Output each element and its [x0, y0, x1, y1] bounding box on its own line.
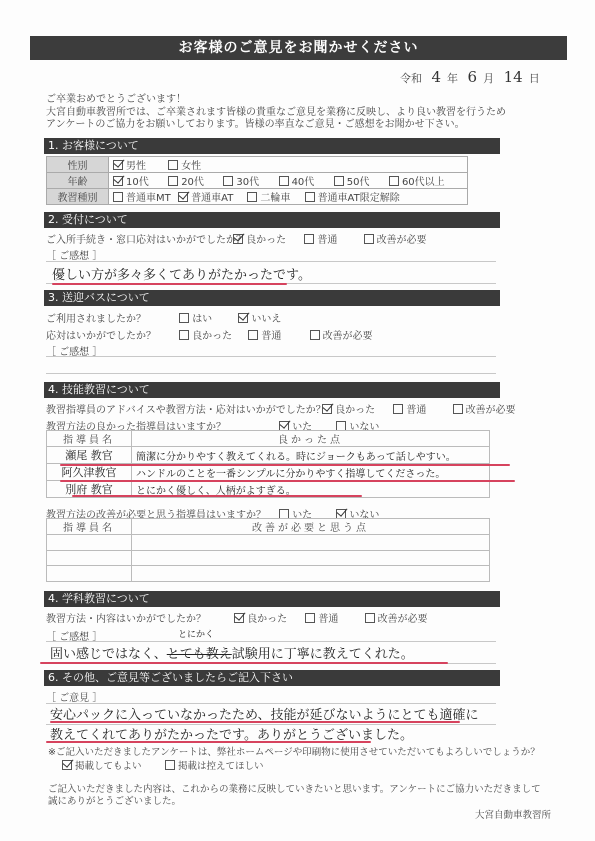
comment-text: 固い感じではなく、 [50, 647, 167, 662]
age-60s-plus-option[interactable]: 60代以上 [389, 173, 445, 188]
signature: 大宮自動車教習所 [475, 810, 551, 822]
date-year[interactable]: 4 [432, 68, 442, 86]
table-row [47, 550, 490, 566]
checkbox-checked-icon[interactable] [113, 176, 123, 186]
highlight-underline [52, 283, 287, 285]
course-at-option[interactable]: 普通車AT [178, 189, 244, 204]
reception-question-row: ご入所手続き・窓口応対はいかがでしたか？ 良かった 普通 改善が必要 [46, 231, 427, 246]
checkbox-icon[interactable] [365, 613, 375, 623]
checkbox-checked-icon[interactable] [322, 404, 332, 414]
shuttle-improve-option[interactable]: 改善が必要 [310, 327, 373, 342]
practical-good-option[interactable]: 良かった [322, 401, 390, 416]
column-header: 指導員名 [47, 519, 132, 535]
age-label: 年齢 [47, 173, 109, 189]
shuttle-usage-row: ご利用されましたか？ はい いいえ [46, 310, 281, 325]
date-month-unit: 月 [483, 72, 494, 85]
checkbox-icon[interactable] [305, 613, 315, 623]
checkbox-icon[interactable] [248, 330, 258, 340]
section-reception-header: 2. 受付について [44, 212, 500, 228]
practical-q1: 教習指導員のアドバイスや教習方法・応対はいかがでしたか？ [46, 401, 319, 416]
section-classroom-header: 4. 学科教習について [44, 591, 500, 607]
shuttle-good-option[interactable]: 良かった [179, 327, 245, 342]
other-comment-label: ［ ご意見 ］ [46, 689, 102, 704]
checkbox-checked-icon[interactable] [238, 313, 248, 323]
highlight-underline [60, 480, 515, 482]
age-40s-option[interactable]: 40代 [279, 173, 331, 188]
reception-improve-option[interactable]: 改善が必要 [364, 231, 427, 246]
course-type-row: 教習種別 普通車MT 普通車AT 二輪車 普通車AT限定解除 [47, 189, 468, 205]
checkbox-icon[interactable] [168, 176, 178, 186]
checkbox-icon[interactable] [247, 192, 257, 202]
survey-date: 令和 4年 6月 14日 [400, 68, 540, 86]
checkbox-icon[interactable] [334, 176, 344, 186]
section-customer-header: 1. お客様について [44, 138, 500, 154]
checkbox-icon[interactable] [310, 330, 320, 340]
instructor-improve-point[interactable] [132, 535, 490, 551]
checkbox-checked-icon[interactable] [233, 234, 243, 244]
table-header-row: 指導員名 良かった点 [47, 431, 490, 447]
practical-q1-row: 教習指導員のアドバイスや教習方法・応対はいかがでしたか？ 良かった 普通 改善が… [46, 401, 516, 416]
instructor-name[interactable] [47, 550, 132, 566]
closing-message: ご記入いただきました内容は、これからの業務に反映していきたいと思います。アンケー… [48, 784, 541, 808]
checkbox-icon[interactable] [223, 176, 233, 186]
checkbox-icon[interactable] [304, 234, 314, 244]
classroom-question: 教習方法・内容はいかがでしたか？ [46, 610, 231, 625]
shuttle-service-row: 応対はいかがでしたか？ 良かった 普通 改善が必要 [46, 327, 373, 342]
checkbox-checked-icon[interactable] [113, 160, 123, 170]
checkbox-icon[interactable] [165, 760, 175, 770]
column-header: 良かった点 [132, 431, 490, 447]
checkbox-checked-icon[interactable] [234, 613, 244, 623]
checkbox-icon[interactable] [113, 192, 123, 202]
classroom-comment[interactable]: 固い感じではなく、とても教え試験用に丁寧に教えてくれた。 [50, 643, 414, 662]
intro-line: ご卒業おめでとうございます！ [46, 94, 506, 107]
checkbox-icon[interactable] [305, 192, 315, 202]
checkbox-icon[interactable] [179, 330, 189, 340]
age-30s-option[interactable]: 30代 [223, 173, 275, 188]
improve-instructor-table: 指導員名 改善が必要と思う点 [46, 518, 490, 582]
instructor-improve-point[interactable] [132, 566, 490, 582]
reception-question: ご入所手続き・窓口応対はいかがでしたか？ [46, 231, 230, 246]
gender-label: 性別 [47, 157, 109, 173]
checkbox-icon[interactable] [179, 313, 189, 323]
checkbox-icon[interactable] [393, 404, 403, 414]
course-type-label: 教習種別 [47, 189, 109, 205]
survey-title: お客様のご意見をお聞かせください [30, 36, 567, 60]
highlight-underline [72, 495, 362, 497]
classroom-insert-note[interactable]: とにかく [178, 627, 214, 640]
highlight-underline [46, 741, 371, 743]
table-row [47, 535, 490, 551]
table-header-row: 指導員名 改善が必要と思う点 [47, 519, 490, 535]
course-mt-option[interactable]: 普通車MT [113, 189, 175, 204]
publish-allowed-option[interactable]: 掲載してもよい [62, 760, 162, 773]
date-day-unit: 日 [529, 72, 540, 85]
instructor-name[interactable] [47, 566, 132, 582]
reception-comment[interactable]: 優しい方が多々多くてありがたかったです。 [52, 264, 311, 283]
shuttle-normal-option[interactable]: 普通 [248, 327, 306, 342]
classroom-normal-option[interactable]: 普通 [305, 610, 361, 625]
gender-female-option[interactable]: 女性 [168, 157, 201, 172]
column-header: 改善が必要と思う点 [132, 519, 490, 535]
age-50s-option[interactable]: 50代 [334, 173, 386, 188]
age-20s-option[interactable]: 20代 [168, 173, 220, 188]
practical-normal-option[interactable]: 普通 [393, 401, 449, 416]
date-day[interactable]: 14 [504, 68, 523, 86]
intro-line: 大宮自動車教習所では、ご卒業されます皆様の貴重なご意見を業務に反映し、より良い教… [46, 107, 506, 120]
date-year-unit: 年 [447, 72, 458, 85]
table-row: 瀬尾 教官 簡潔に分かりやすく教えてくれる。時にジョークもあって話しやすい。 [47, 447, 490, 464]
intro-line: アンケートのご協力をお願いしております。皆様の率直なご意見・ご感想をお聞かせ下さ… [46, 119, 506, 132]
checkbox-icon[interactable] [168, 160, 178, 170]
section-other-header: 6. その他、ご意見等ございましたらご記入下さい [44, 670, 500, 686]
date-month[interactable]: 6 [468, 68, 478, 86]
instructor-good-point[interactable]: ハンドルのことを一番シンプルに分かりやすく指導してくださった。 [132, 464, 490, 481]
shuttle-no-option[interactable]: いいえ [238, 310, 281, 325]
shuttle-usage-question: ご利用されましたか？ [46, 310, 176, 325]
highlight-underline [60, 464, 510, 466]
age-row: 年齢 10代 20代 30代 40代 50代 60代以上 [47, 173, 468, 189]
section-practical-header: 4. 技能教習について [44, 382, 500, 398]
closing-line: 誠にありがとうございました。 [48, 796, 541, 808]
checkbox-checked-icon[interactable] [178, 192, 188, 202]
reception-good-option[interactable]: 良かった [233, 231, 301, 246]
highlight-underline [50, 721, 460, 723]
reception-normal-option[interactable]: 普通 [304, 231, 360, 246]
checkbox-icon[interactable] [364, 234, 374, 244]
checkbox-icon[interactable] [389, 176, 399, 186]
checkbox-icon[interactable] [279, 176, 289, 186]
checkbox-checked-icon[interactable] [62, 760, 72, 770]
instructor-good-point[interactable]: 簡潔に分かりやすく教えてくれる。時にジョークもあって話しやすい。 [132, 447, 490, 464]
course-motorcycle-option[interactable]: 二輪車 [247, 189, 301, 204]
course-at-limit-release-option[interactable]: 普通車AT限定解除 [305, 189, 400, 204]
rule-line [46, 261, 496, 262]
rule-line [46, 373, 496, 374]
instructor-name[interactable]: 瀬尾 教官 [47, 447, 132, 464]
publish-permission-options: 掲載してもよい 掲載は控えてほしい [62, 760, 264, 773]
gender-row: 性別 男性 女性 [47, 157, 468, 173]
intro-text: ご卒業おめでとうございます！ 大宮自動車教習所では、ご卒業されます皆様の貴重なご… [46, 94, 506, 132]
shuttle-service-question: 応対はいかがでしたか？ [46, 327, 176, 342]
struck-text: とても教え [167, 647, 232, 662]
date-era: 令和 [400, 72, 422, 85]
closing-line: ご記入いただきました内容は、これからの業務に反映していきたいと思います。アンケー… [48, 784, 541, 796]
gender-male-option[interactable]: 男性 [113, 157, 165, 172]
highlight-underline [40, 662, 448, 664]
rule-line [46, 641, 496, 642]
classroom-good-option[interactable]: 良かった [234, 610, 302, 625]
instructor-name[interactable]: 阿久津教官 [47, 464, 132, 481]
practical-improve-option[interactable]: 改善が必要 [453, 401, 516, 416]
column-header: 指導員名 [47, 431, 132, 447]
comment-text: 試験用に丁寧に教えてくれた。 [232, 647, 414, 662]
table-row [47, 566, 490, 582]
checkbox-icon[interactable] [453, 404, 463, 414]
shuttle-yes-option[interactable]: はい [179, 310, 235, 325]
classroom-question-row: 教習方法・内容はいかがでしたか？ 良かった 普通 改善が必要 [46, 610, 428, 625]
table-row: 阿久津教官 ハンドルのことを一番シンプルに分かりやすく指導してくださった。 [47, 464, 490, 481]
publish-declined-option[interactable]: 掲載は控えてほしい [165, 760, 264, 773]
customer-info-table: 性別 男性 女性 年齢 10代 20代 30代 40代 50代 60代以上 教習… [46, 156, 468, 205]
instructor-name[interactable] [47, 535, 132, 551]
classroom-improve-option[interactable]: 改善が必要 [365, 610, 428, 625]
age-10s-option[interactable]: 10代 [113, 173, 165, 188]
rule-line [46, 356, 496, 357]
instructor-improve-point[interactable] [132, 550, 490, 566]
section-shuttle-bus-header: 3. 送迎バスについて [44, 290, 500, 306]
reception-comment-label: ［ ご感想 ］ [46, 247, 102, 262]
publish-permission-question: ※ご記入いただきましたアンケートは、弊社ホームページや印刷物に使用させていただい… [48, 747, 540, 759]
